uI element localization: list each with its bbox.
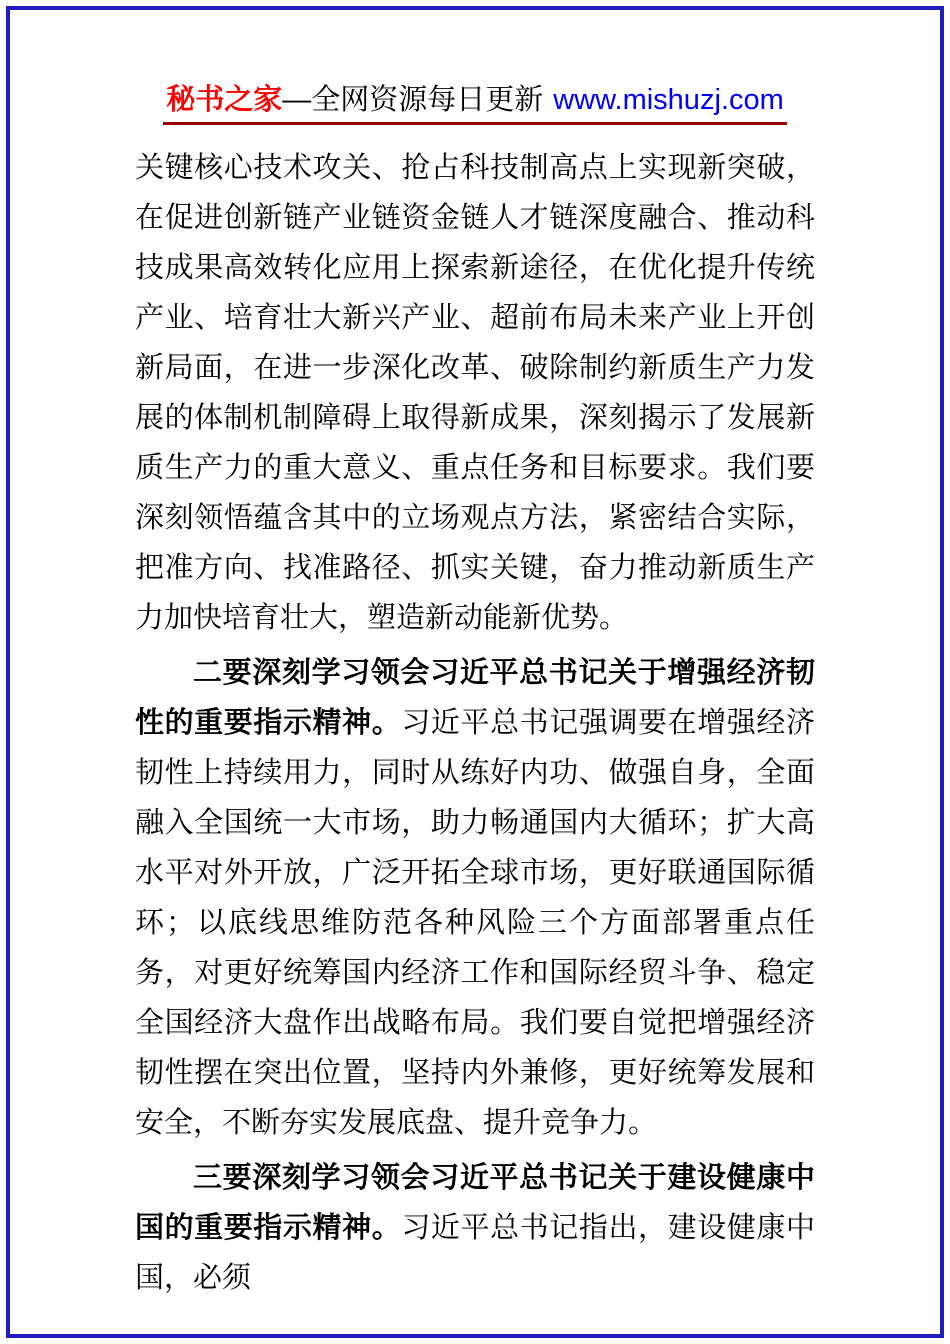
document-body: 关键核心技术攻关、抢占科技制高点上实现新突破，在促进创新链产业链资金链人才链深度…	[135, 143, 815, 1303]
header-tagline: —全网资源每日更新	[282, 84, 543, 116]
paragraph: 二要深刻学习领会习近平总书记关于增强经济韧性的重要指示精神。习近平总书记强调要在…	[135, 648, 815, 1148]
document-header: 秘书之家—全网资源每日更新www.mishuzj.com	[0, 0, 950, 125]
site-url-link[interactable]: www.mishuzj.com	[553, 84, 783, 116]
brand-text: 秘书之家	[166, 84, 282, 116]
paragraph: 三要深刻学习领会习近平总书记关于建设健康中国的重要指示精神。习近平总书记指出，建…	[135, 1153, 815, 1303]
document-page: 秘书之家—全网资源每日更新www.mishuzj.com 关键核心技术攻关、抢占…	[0, 0, 950, 1344]
paragraph: 关键核心技术攻关、抢占科技制高点上实现新突破，在促进创新链产业链资金链人才链深度…	[135, 143, 815, 643]
paragraph-text: 习近平总书记强调要在增强经济韧性上持续用力，同时从练好内功、做强自身，全面融入全…	[135, 707, 815, 1139]
header-underline-group: 秘书之家—全网资源每日更新www.mishuzj.com	[163, 84, 786, 125]
paragraph-text: 关键核心技术攻关、抢占科技制高点上实现新突破，在促进创新链产业链资金链人才链深度…	[135, 152, 815, 634]
